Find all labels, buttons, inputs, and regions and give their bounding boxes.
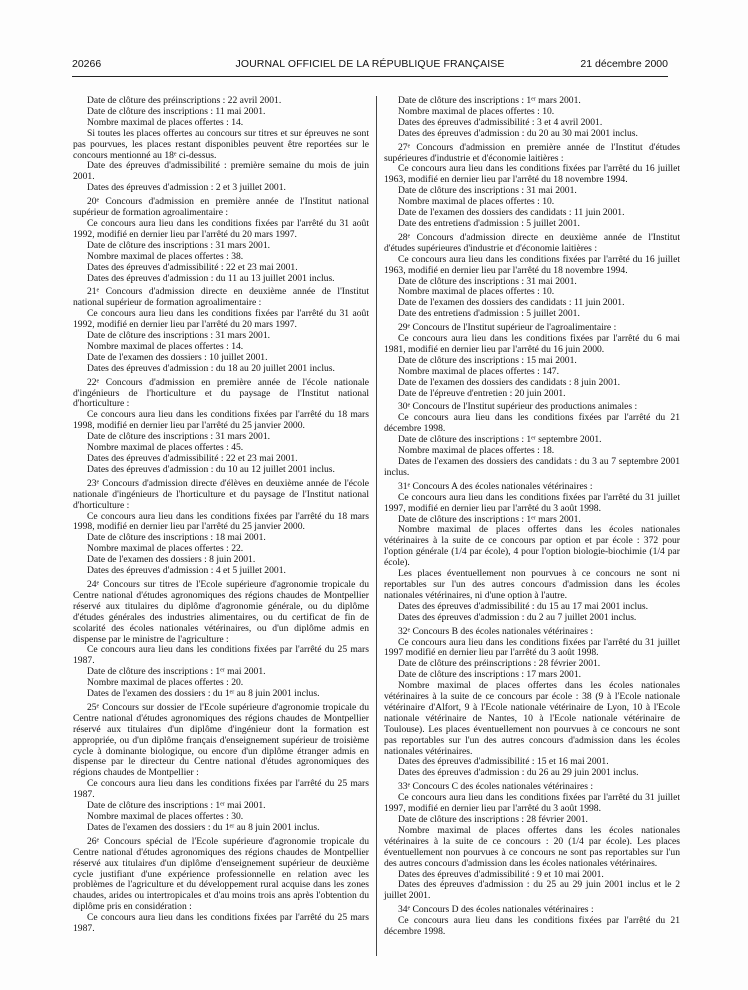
left-column: Date de clôture des préinscriptions : 22… [73, 96, 369, 935]
section-heading: 21ᵉ Concours d'admission directe en deux… [73, 287, 369, 309]
section-heading: 20ᵉ Concours d'admission en première ann… [73, 197, 369, 219]
paragraph: Dates des épreuves d'admission : du 18 a… [73, 364, 369, 375]
section-heading: 24ᵉ Concours sur titres de l'Ecole supér… [73, 580, 369, 645]
section-heading: 22ᵉ Concours d'admission en première ann… [73, 378, 369, 411]
section-heading: 26ᵉ Concours spécial de l'Ecole supérieu… [73, 837, 369, 913]
paragraph: Date de l'examen des dossiers des candid… [384, 378, 680, 389]
paragraph: Date des épreuves d'admissibilité : prem… [73, 161, 369, 183]
paragraph: Nombre maximal de places offertes dans l… [384, 681, 680, 757]
paragraph: Ce concours aura lieu dans les condition… [384, 638, 680, 660]
paragraph: Ce concours aura lieu dans les condition… [384, 255, 680, 277]
journal-title: JOURNAL OFFICIEL DE LA RÉPUBLIQUE FRANÇA… [72, 58, 668, 70]
paragraph: Date de l'épreuve d'entretien : 20 juin … [384, 389, 680, 400]
paragraph: Ce concours aura lieu dans les condition… [384, 916, 680, 938]
paragraph: Dates de l'examen des dossiers : du 1ᵉʳ … [73, 823, 369, 834]
paragraph: Si toutes les places offertes au concour… [73, 129, 369, 162]
paragraph: Dates des épreuves d'admission : 2 et 3 … [73, 183, 369, 194]
paragraph: Ce concours aura lieu dans les condition… [73, 512, 369, 534]
paragraph: Dates des épreuves d'admission : du 25 a… [384, 880, 680, 902]
page-header: 20266 JOURNAL OFFICIEL DE LA RÉPUBLIQUE … [72, 52, 668, 72]
paragraph: Ce concours aura lieu dans les condition… [384, 793, 680, 815]
section-heading: 25ᵉ Concours sur dossier de l'Ecole supé… [73, 703, 369, 779]
paragraph: Dates de l'examen des dossiers des candi… [384, 457, 680, 479]
paragraph: Ce concours aura lieu dans les condition… [384, 493, 680, 515]
paragraph: Dates des épreuves d'admission : du 10 a… [73, 465, 369, 476]
paragraph: Dates de l'examen des dossiers : du 1ᵉʳ … [73, 689, 369, 700]
section-heading: 27ᵉ Concours d'admission en première ann… [384, 143, 680, 165]
paragraph: Nombre maximal de places offertes dans l… [384, 525, 680, 569]
section-heading: 32ᵉ Concours B des écoles nationales vét… [384, 627, 680, 638]
paragraph: Nombre maximal de places offertes dans l… [384, 826, 680, 870]
paragraph: Ce concours aura lieu dans les condition… [73, 913, 369, 935]
paragraph: Ce concours aura lieu dans les condition… [73, 410, 369, 432]
paragraph: Ce concours aura lieu dans les condition… [384, 164, 680, 186]
paragraph: Dates des épreuves d'admission : du 20 a… [384, 129, 680, 140]
paragraph: Ce concours aura lieu dans les condition… [73, 779, 369, 801]
section-heading: 28ᵉ Concours d'admission directe en deux… [384, 233, 680, 255]
paragraph: Dates des épreuves d'admission : 4 et 5 … [73, 566, 369, 577]
issue-date: 21 décembre 2000 [580, 58, 668, 70]
paragraph: Ce concours aura lieu dans les condition… [73, 309, 369, 331]
paragraph: Dates des épreuves d'admission : du 11 a… [73, 274, 369, 285]
paragraph: Ce concours aura lieu dans les condition… [73, 645, 369, 667]
section-heading: 23ᵉ Concours d'admission directe d'élève… [73, 479, 369, 512]
paragraph: Ce concours aura lieu dans les condition… [384, 413, 680, 435]
paragraph: Date des entretiens d'admission : 5 juil… [384, 309, 680, 320]
paragraph: Ce concours aura lieu dans les condition… [73, 219, 369, 241]
paragraph: Ce concours aura lieu dans les condition… [384, 334, 680, 356]
paragraph: Les places éventuellement non pourvues à… [384, 569, 680, 602]
right-column: Date de clôture des inscriptions : 1ᵉʳ m… [384, 96, 680, 938]
column-divider [376, 96, 377, 956]
paragraph: Dates des épreuves d'admission : du 2 au… [384, 613, 680, 624]
paragraph: Dates des épreuves d'admission : du 26 a… [384, 768, 680, 779]
paragraph: Dates des épreuves d'admissibilité : 22 … [73, 263, 369, 274]
paragraph: Date des entretiens d'admission : 5 juil… [384, 219, 680, 230]
header-rule [72, 76, 668, 77]
paragraph: Nombre maximal de places offertes : 38. [73, 252, 369, 263]
